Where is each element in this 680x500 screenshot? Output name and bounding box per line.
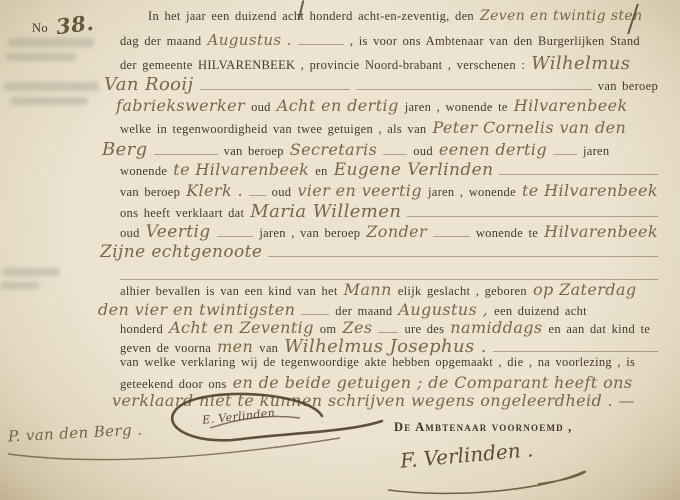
signature-underline-icon bbox=[378, 420, 598, 498]
handwritten-text: Eugene Verlinden bbox=[334, 160, 494, 180]
printed-text: om bbox=[320, 322, 337, 337]
handwritten-text: Augustus , bbox=[398, 300, 488, 319]
handwritten-text: Hilvarenbeek bbox=[544, 222, 658, 241]
printed-text: van beroep bbox=[224, 144, 284, 159]
handwritten-text: den vier en twintigsten bbox=[98, 300, 295, 319]
document-line: Bergvan beroepSecretarisoudeenen dertigj… bbox=[102, 139, 658, 159]
printed-text: van beroep bbox=[120, 185, 180, 200]
act-number-label: No bbox=[32, 21, 48, 36]
rule-line bbox=[378, 319, 398, 333]
document-line: geven de voornamenvanWilhelmus Josephus … bbox=[120, 336, 658, 356]
handwritten-text: Wilhelmus Josephus . bbox=[284, 336, 487, 357]
rule-line bbox=[356, 76, 592, 90]
handwritten-text: op Zaterdag bbox=[533, 280, 637, 299]
document-line: wonendete HilvarenbeekenEugene Verlinden bbox=[120, 160, 658, 180]
document-line: dag der maandAugustus ., is voor ons Amb… bbox=[120, 31, 658, 51]
document-line: van beroepKlerk .oudvier en veertigjaren… bbox=[120, 181, 658, 201]
printed-text: jaren , wonende te bbox=[405, 100, 508, 115]
act-number-value: 38. bbox=[55, 10, 96, 39]
handwritten-text: Zijne echtgenoote bbox=[100, 242, 262, 262]
document-line: der gemeente HILVARENBEEK , provincie No… bbox=[120, 53, 658, 73]
handwritten-text: vier en veertig bbox=[297, 181, 422, 200]
rule-line bbox=[383, 141, 407, 155]
document-line: ons heeft verklaart datMaria Willemen bbox=[120, 201, 658, 221]
bleed-through-mark bbox=[6, 53, 76, 61]
act-number: No 38. bbox=[32, 12, 94, 37]
bleed-through-mark bbox=[0, 282, 40, 289]
handwritten-text: Acht en dertig bbox=[277, 96, 399, 115]
document-line: welke in tegenwoordigheid van twee getui… bbox=[120, 118, 658, 138]
printed-text: welke in tegenwoordigheid van twee getui… bbox=[120, 122, 426, 137]
printed-text: In het jaar een duizend acht honderd ach… bbox=[148, 9, 474, 24]
printed-text: wonende te bbox=[476, 226, 538, 241]
handwritten-text: eenen dertig bbox=[439, 140, 547, 159]
handwritten-text: te Hilvarenbeek bbox=[173, 160, 309, 179]
handwritten-text: Wilhelmus bbox=[531, 53, 630, 74]
printed-text: jaren , wonende bbox=[428, 185, 516, 200]
handwritten-text: Berg bbox=[102, 139, 148, 160]
printed-text: een duizend acht bbox=[494, 304, 587, 319]
printed-text: van welke verklaring wij de tegenwoordig… bbox=[120, 355, 635, 370]
printed-text: alhier bevallen is van een kind van het bbox=[120, 284, 338, 299]
rule-line bbox=[268, 243, 658, 257]
handwritten-text: Hilvarenbeek bbox=[514, 96, 628, 115]
handwritten-text: fabriekswerker bbox=[116, 96, 245, 115]
rule-line bbox=[217, 223, 254, 237]
signature-underline-icon bbox=[2, 424, 347, 469]
rule-line bbox=[120, 266, 658, 280]
printed-text: oud bbox=[413, 144, 433, 159]
document-line: alhier bevallen is van een kind van hetM… bbox=[120, 280, 658, 300]
printed-text: ure des bbox=[404, 322, 444, 337]
handwritten-text: Mann bbox=[344, 280, 392, 299]
rule-line bbox=[154, 141, 218, 155]
document-line: fabriekswerkeroudAcht en dertigjaren , w… bbox=[116, 96, 658, 116]
handwritten-text: Augustus . bbox=[207, 31, 291, 49]
bleed-through-mark bbox=[2, 268, 60, 276]
printed-text: der maand bbox=[335, 304, 392, 319]
printed-text: dag der maand bbox=[120, 34, 201, 49]
document-line: den vier en twintigstender maandAugustus… bbox=[98, 300, 658, 320]
rule-line bbox=[249, 182, 266, 196]
handwritten-text: Zeven en twintig sten bbox=[480, 8, 643, 24]
printed-text: honderd bbox=[120, 322, 163, 337]
document-line: honderdAcht en ZeventigomZesure desnamid… bbox=[120, 318, 658, 338]
document-page: No 38. In het jaar een duizend acht hond… bbox=[0, 0, 680, 500]
handwritten-text: Van Rooij bbox=[104, 74, 194, 95]
handwritten-text: Acht en Zeventig bbox=[169, 318, 314, 337]
printed-text: geven de voorna bbox=[120, 341, 211, 356]
handwritten-text: men bbox=[217, 337, 253, 356]
document-line: oudVeertigjaren , van beroepZonderwonend… bbox=[120, 222, 658, 242]
document-line: van welke verklaring wij de tegenwoordig… bbox=[120, 355, 658, 375]
printed-text: jaren , van beroep bbox=[259, 226, 360, 241]
document-line: Van Rooijvan beroep bbox=[104, 74, 658, 94]
handwritten-text: Maria Willemen bbox=[250, 201, 401, 222]
printed-text: oud bbox=[272, 185, 292, 200]
rule-line bbox=[553, 141, 577, 155]
printed-text: van bbox=[259, 341, 278, 356]
rule-line bbox=[407, 203, 658, 217]
handwritten-text: te Hilvarenbeek bbox=[522, 181, 658, 200]
bleed-through-mark bbox=[10, 97, 88, 105]
handwritten-text: Zonder bbox=[366, 222, 427, 241]
rule-line bbox=[499, 161, 658, 175]
officer-block: De Ambtenaar voornoemd , F. Verlinden . bbox=[378, 420, 638, 498]
printed-text: der gemeente HILVARENBEEK , provincie No… bbox=[120, 58, 525, 73]
handwritten-text: Klerk . bbox=[186, 181, 243, 200]
printed-text: en aan dat kind te bbox=[549, 322, 651, 337]
printed-text: elijk geslacht , geboren bbox=[398, 284, 527, 299]
handwritten-text: Peter Cornelis van den bbox=[432, 118, 626, 137]
handwritten-text: Zes bbox=[342, 318, 372, 337]
bleed-through-mark bbox=[8, 38, 94, 47]
printed-text: oud bbox=[251, 100, 271, 115]
rule-line bbox=[298, 31, 344, 45]
rule-line bbox=[200, 76, 350, 90]
witness-signature-van-den-berg: P. van den Berg . bbox=[2, 424, 347, 469]
handwritten-text: Secretaris bbox=[290, 140, 377, 159]
printed-text: wonende bbox=[120, 164, 167, 179]
printed-text: oud bbox=[120, 226, 140, 241]
handwritten-text: namiddags bbox=[450, 318, 542, 337]
rule-line bbox=[493, 338, 658, 352]
rule-line bbox=[433, 223, 470, 237]
rule-line bbox=[301, 301, 329, 315]
printed-text: jaren bbox=[583, 144, 609, 159]
document-line: Zijne echtgenoote bbox=[100, 242, 658, 262]
printed-text: en bbox=[315, 164, 327, 179]
printed-text: ons heeft verklaart dat bbox=[120, 206, 244, 221]
handwritten-text: Veertig bbox=[146, 222, 211, 242]
printed-text: van beroep bbox=[598, 79, 658, 94]
printed-text: , is voor ons Ambtenaar van den Burgerli… bbox=[350, 34, 640, 49]
document-line: In het jaar een duizend acht honderd ach… bbox=[148, 8, 658, 28]
bleed-through-mark bbox=[4, 82, 99, 91]
